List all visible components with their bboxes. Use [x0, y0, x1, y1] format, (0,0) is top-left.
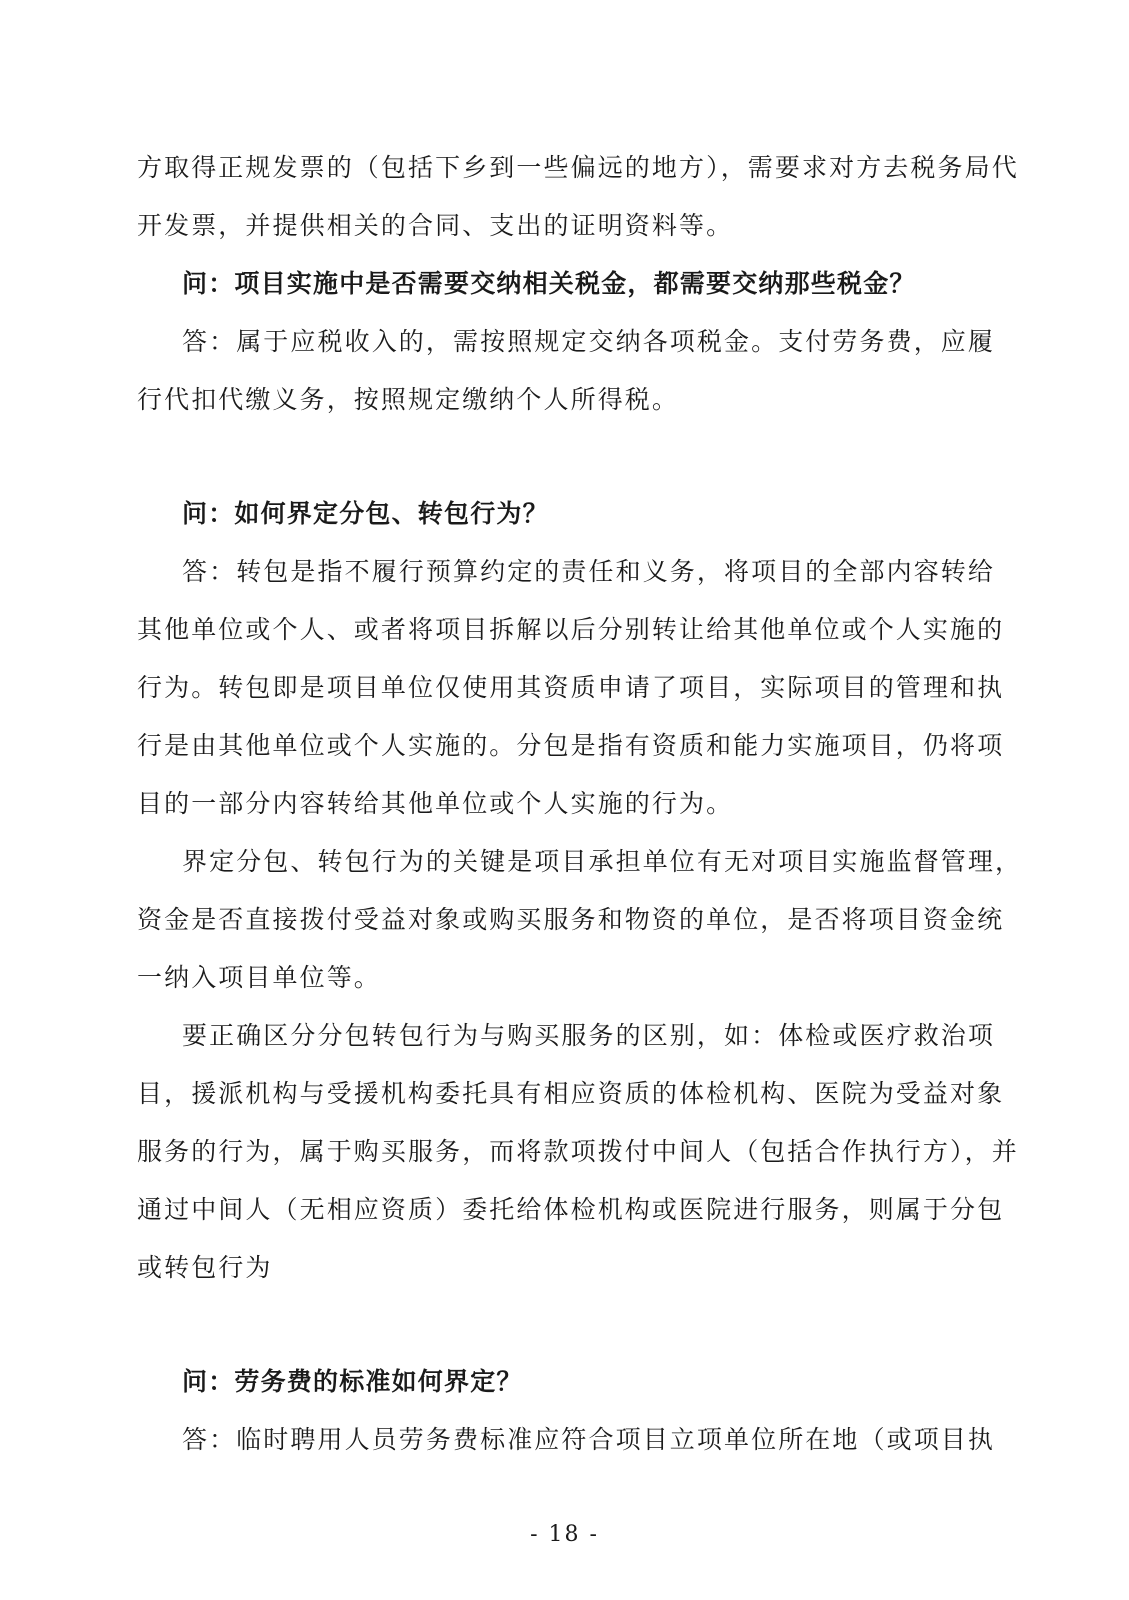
paragraph-line: 资金是否直接拨付受益对象或购买服务和物资的单位，是否将项目资金统: [137, 904, 997, 936]
paragraph-line: 答：属于应税收入的，需按照规定交纳各项税金。支付劳务费，应履: [182, 326, 1042, 358]
paragraph-line: 行是由其他单位或个人实施的。分包是指有资质和能力实施项目，仍将项: [137, 730, 997, 762]
question-heading: 问：如何界定分包、转包行为？: [182, 498, 1042, 530]
paragraph-line: 其他单位或个人、或者将项目拆解以后分别转让给其他单位或个人实施的: [137, 614, 997, 646]
paragraph-line: 行为。转包即是项目单位仅使用其资质申请了项目，实际项目的管理和执: [137, 672, 997, 704]
question-heading: 问：项目实施中是否需要交纳相关税金，都需要交纳那些税金？: [182, 268, 1042, 300]
paragraph-line: 方取得正规发票的（包括下乡到一些偏远的地方），需要求对方去税务局代: [137, 152, 997, 184]
paragraph-line: 答：临时聘用人员劳务费标准应符合项目立项单位所在地（或项目执: [182, 1424, 1042, 1456]
paragraph-line: 答：转包是指不履行预算约定的责任和义务，将项目的全部内容转给: [182, 556, 1042, 588]
paragraph-line: 界定分包、转包行为的关键是项目承担单位有无对项目实施监督管理，: [182, 846, 1042, 878]
paragraph-line: 目，援派机构与受援机构委托具有相应资质的体检机构、医院为受益对象: [137, 1078, 997, 1110]
paragraph-line: 目的一部分内容转给其他单位或个人实施的行为。: [137, 788, 997, 820]
paragraph-line: 一纳入项目单位等。: [137, 962, 997, 994]
paragraph-line: 行代扣代缴义务，按照规定缴纳个人所得税。: [137, 384, 997, 416]
paragraph-line: 或转包行为: [137, 1252, 997, 1284]
paragraph-line: 开发票，并提供相关的合同、支出的证明资料等。: [137, 210, 997, 242]
paragraph-line: 要正确区分分包转包行为与购买服务的区别，如：体检或医疗救治项: [182, 1020, 1042, 1052]
paragraph-line: 通过中间人（无相应资质）委托给体检机构或医院进行服务，则属于分包: [137, 1194, 997, 1226]
paragraph-line: 服务的行为，属于购买服务，而将款项拨付中间人（包括合作执行方），并: [137, 1136, 997, 1168]
question-heading: 问：劳务费的标准如何界定？: [182, 1366, 1042, 1398]
document-page: 方取得正规发票的（包括下乡到一些偏远的地方），需要求对方去税务局代开发票，并提供…: [0, 0, 1129, 1600]
page-number: - 18 -: [0, 1522, 1129, 1547]
